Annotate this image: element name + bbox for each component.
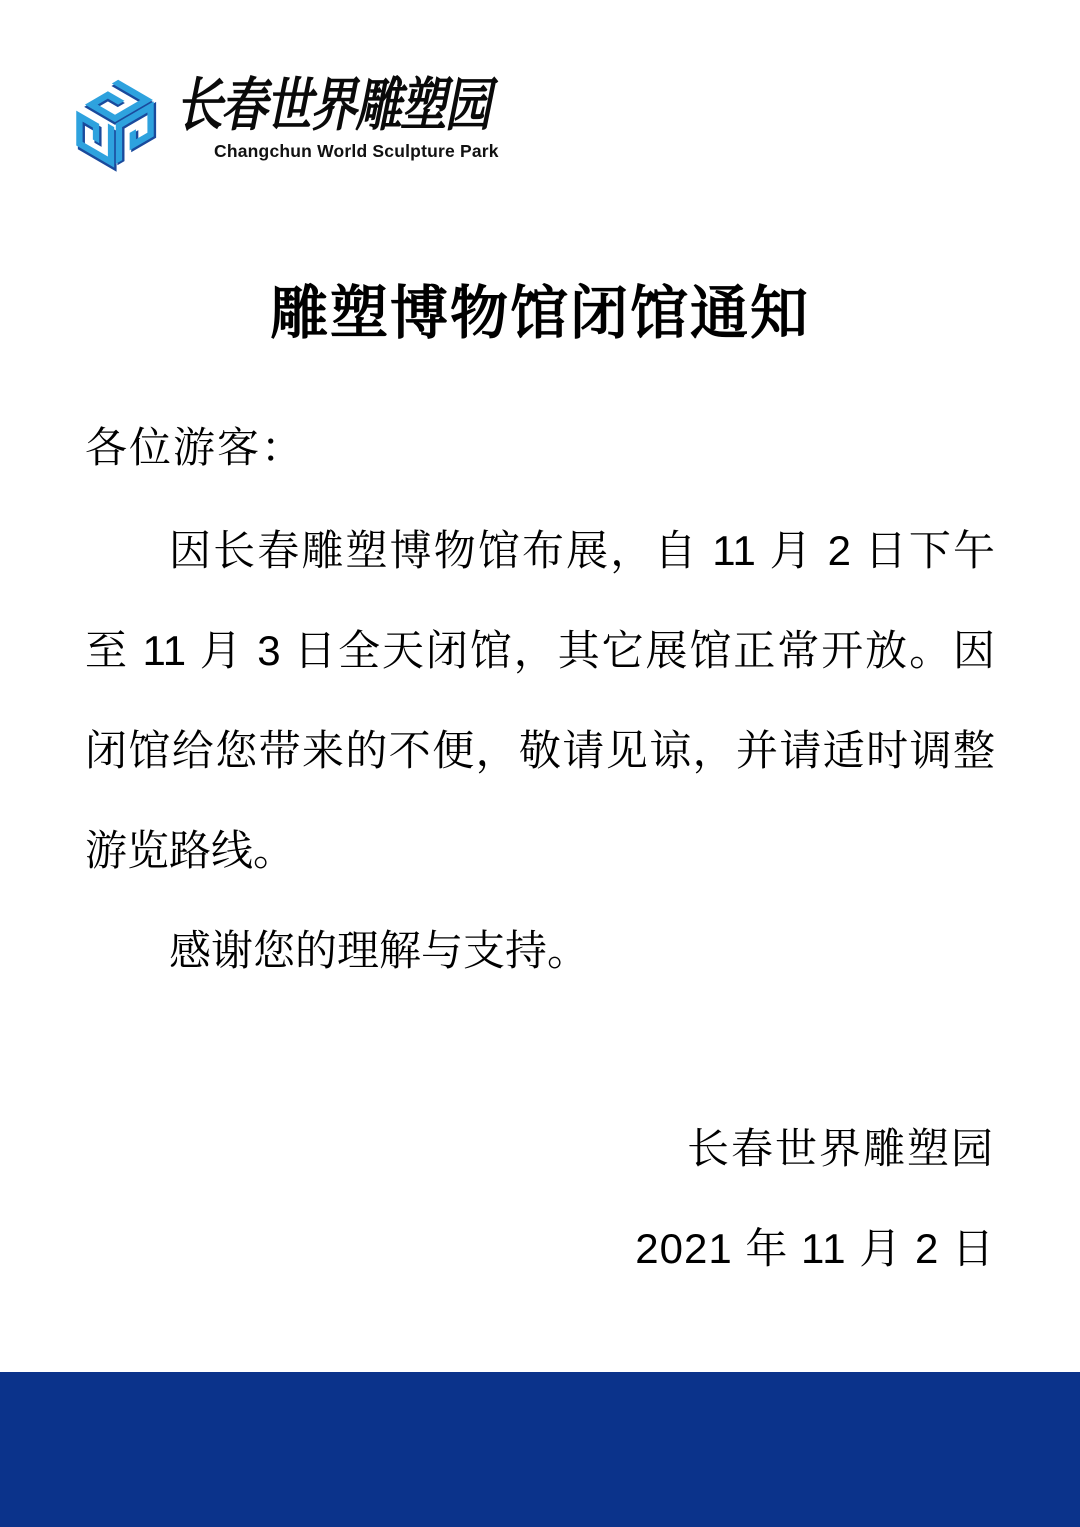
notice-title: 雕塑博物馆闭馆通知 [0, 266, 1080, 350]
notice-closing-line: 感谢您的理解与支持。 [85, 901, 995, 1001]
logo-name-en: Changchun World Sculpture Park [214, 141, 499, 162]
notice-page: 长春世界雕塑园 Changchun World Sculpture Park 雕… [0, 0, 1080, 1527]
logo-cube-icon [58, 64, 172, 182]
body-line: 闭馆给您带来的不便，敬请见谅，并请适时调整 [85, 701, 995, 801]
body-line: 至 11 月 3 日全天闭馆，其它展馆正常开放。因 [85, 601, 995, 701]
notice-salutation: 各位游客： [85, 398, 995, 498]
notice-signature: 长春世界雕塑园 [687, 1099, 995, 1199]
footer-bar [0, 1372, 1080, 1527]
body-line: 因长春雕塑博物馆布展，自 11 月 2 日下午 [85, 501, 995, 601]
notice-date: 2021 年 11 月 2 日 [635, 1199, 995, 1299]
logo-name-zh: 长春世界雕塑园 [176, 70, 490, 142]
notice-body: 因长春雕塑博物馆布展，自 11 月 2 日下午 至 11 月 3 日全天闭馆，其… [85, 501, 995, 1001]
park-logo: 长春世界雕塑园 Changchun World Sculpture Park [0, 0, 520, 200]
body-line: 游览路线。 [85, 801, 995, 901]
